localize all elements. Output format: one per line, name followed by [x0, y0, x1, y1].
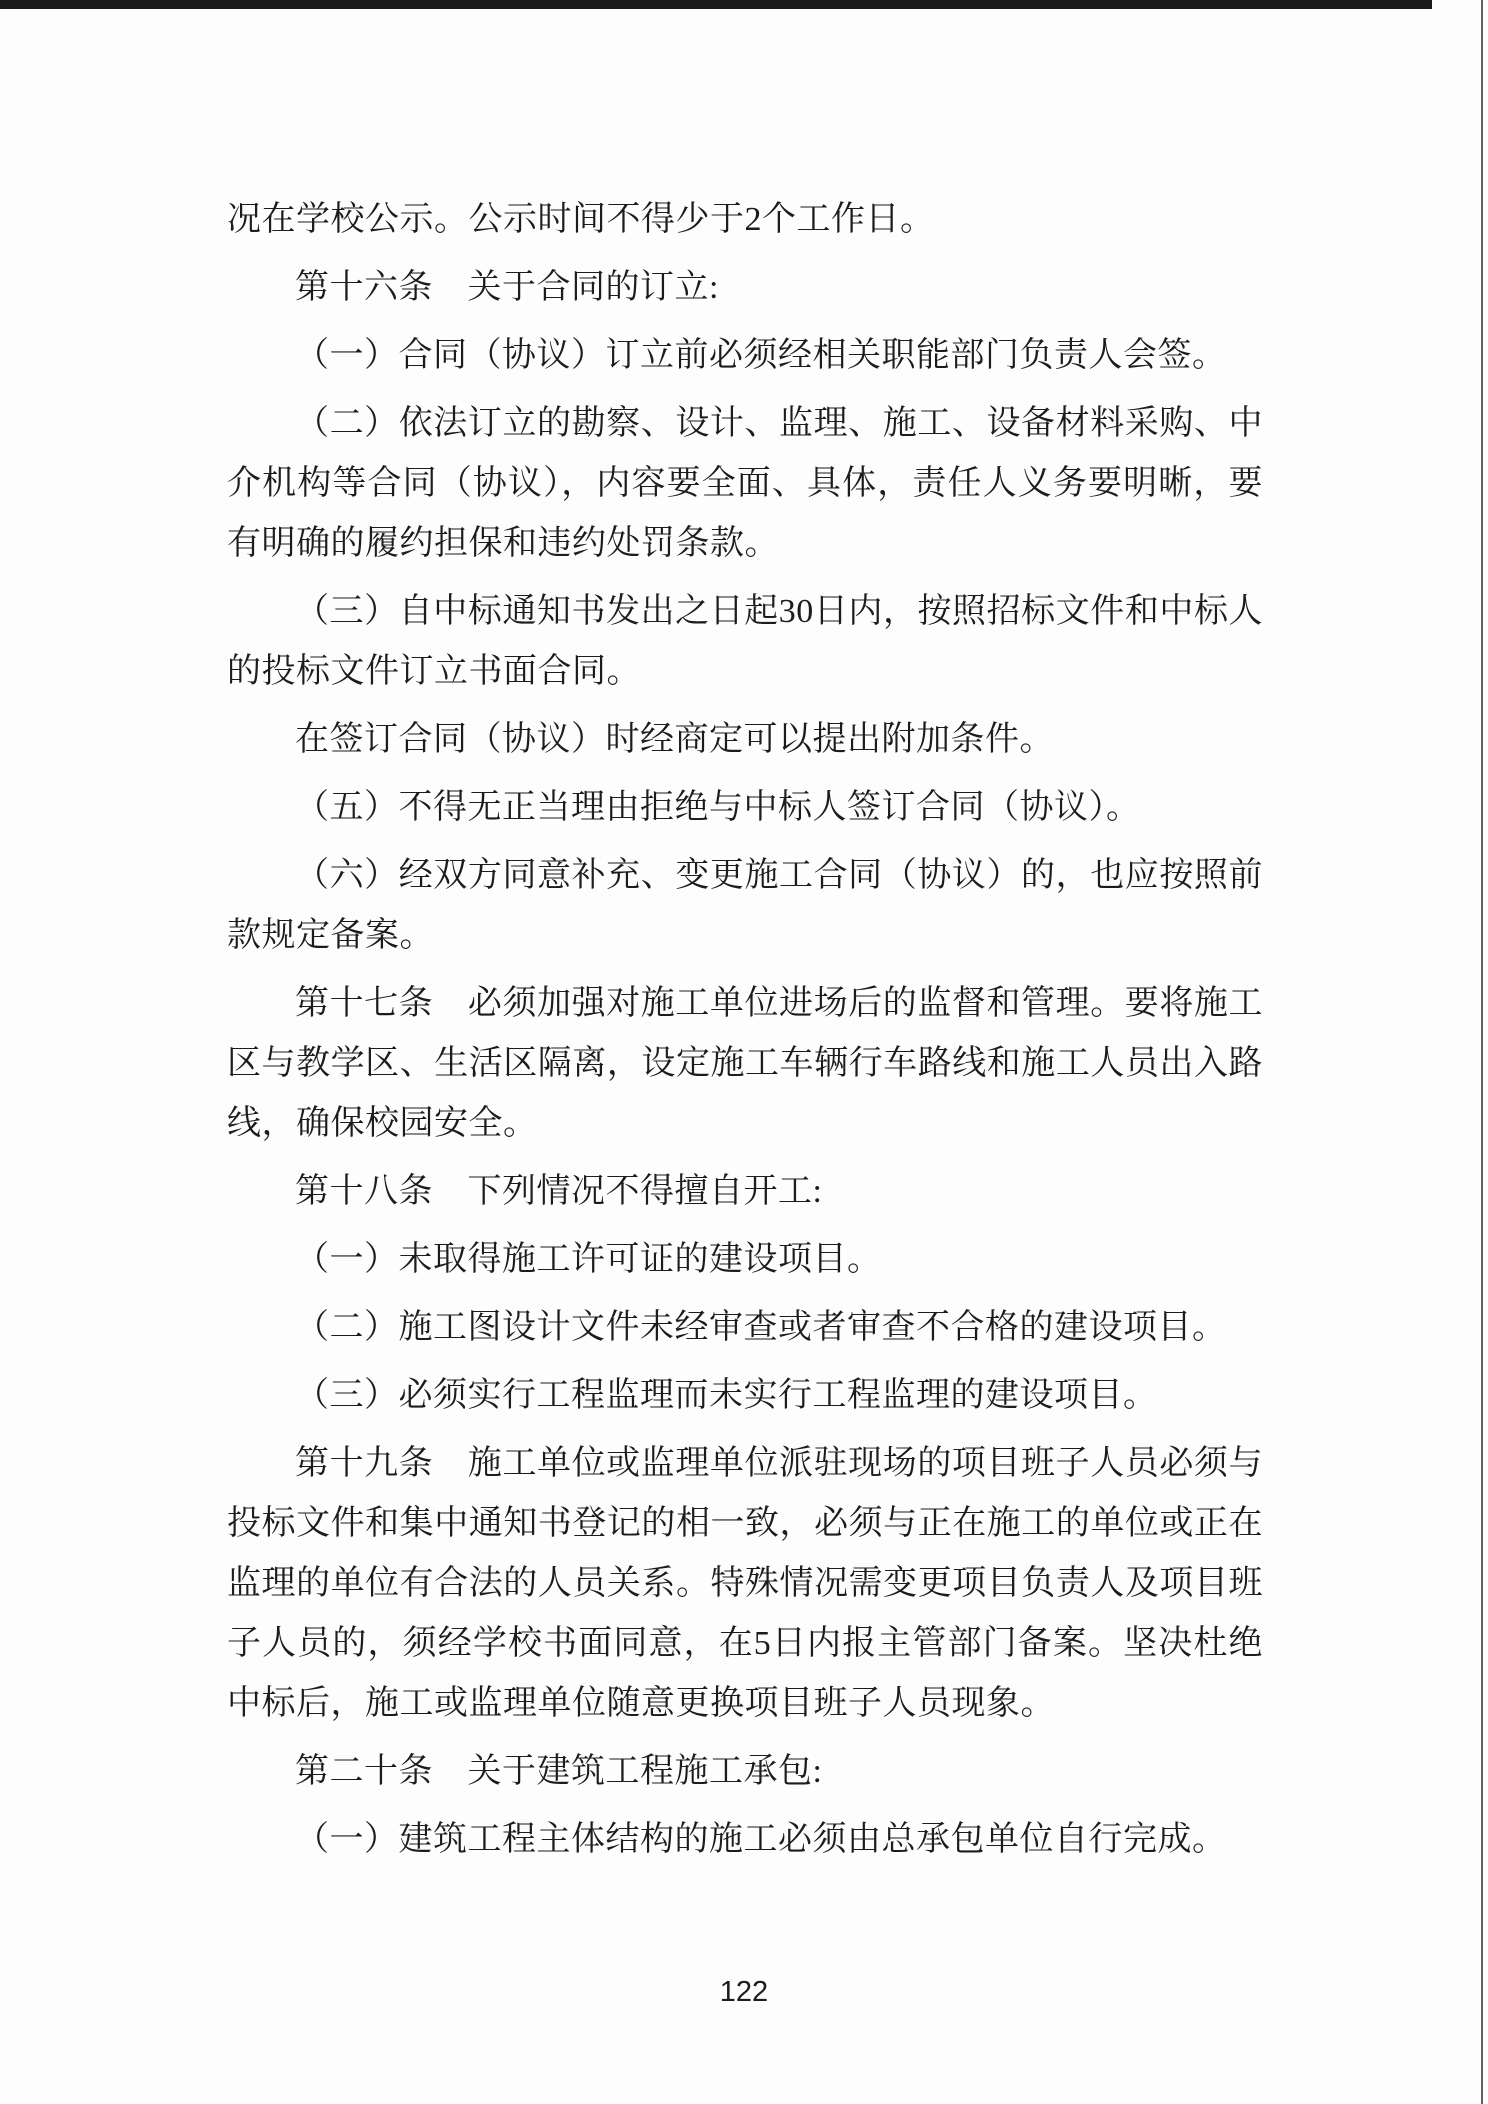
text-line: 子人员的，须经学校书面同意，在5日内报主管部门备案。坚决杜绝 [227, 1614, 1263, 1674]
text-line: 有明确的履约担保和违约处罚条款。 [227, 514, 1263, 574]
text-line: 第十八条 下列情况不得擅自开工: [227, 1162, 1263, 1222]
text-line: （六）经双方同意补充、变更施工合同（协议）的，也应按照前 [227, 846, 1263, 906]
paragraph: （三）自中标通知书发出之日起30日内，按照招标文件和中标人的投标文件订立书面合同… [227, 582, 1263, 702]
text-line: 投标文件和集中通知书登记的相一致，必须与正在施工的单位或正在 [227, 1494, 1263, 1554]
text-line: （三）自中标通知书发出之日起30日内，按照招标文件和中标人 [227, 582, 1263, 642]
text-line: 监理的单位有合法的人员关系。特殊情况需变更项目负责人及项目班 [227, 1554, 1263, 1614]
text-line: 款规定备案。 [227, 906, 1263, 966]
paragraph: 第十八条 下列情况不得擅自开工: [227, 1162, 1263, 1222]
paragraph: 第二十条 关于建筑工程施工承包: [227, 1742, 1263, 1802]
paragraph: 第十七条 必须加强对施工单位进场后的监督和管理。要将施工区与教学区、生活区隔离，… [227, 974, 1263, 1154]
paragraph: （三）必须实行工程监理而未实行工程监理的建设项目。 [227, 1366, 1263, 1426]
text-line: 况在学校公示。公示时间不得少于2个工作日。 [227, 190, 1263, 250]
paragraph: （二）依法订立的勘察、设计、监理、施工、设备材料采购、中介机构等合同（协议），内… [227, 394, 1263, 574]
paragraph: （二）施工图设计文件未经审查或者审查不合格的建设项目。 [227, 1298, 1263, 1358]
text-line: （一）合同（协议）订立前必须经相关职能部门负责人会签。 [227, 326, 1263, 386]
text-line: （五）不得无正当理由拒绝与中标人签订合同（协议）。 [227, 778, 1263, 838]
text-line: 中标后，施工或监理单位随意更换项目班子人员现象。 [227, 1674, 1263, 1734]
text-line: 线，确保校园安全。 [227, 1094, 1263, 1154]
text-line: 第十七条 必须加强对施工单位进场后的监督和管理。要将施工 [227, 974, 1263, 1034]
text-line: （三）必须实行工程监理而未实行工程监理的建设项目。 [227, 1366, 1263, 1426]
scan-artifact-top-bar [0, 0, 1432, 9]
paragraph: 第十六条 关于合同的订立: [227, 258, 1263, 318]
text-line: 第十九条 施工单位或监理单位派驻现场的项目班子人员必须与 [227, 1434, 1263, 1494]
paragraph: 第十九条 施工单位或监理单位派驻现场的项目班子人员必须与投标文件和集中通知书登记… [227, 1434, 1263, 1734]
document-body: 况在学校公示。公示时间不得少于2个工作日。第十六条 关于合同的订立:（一）合同（… [227, 190, 1263, 1870]
text-line: 区与教学区、生活区隔离，设定施工车辆行车路线和施工人员出入路 [227, 1034, 1263, 1094]
text-line: 在签订合同（协议）时经商定可以提出附加条件。 [227, 710, 1263, 770]
text-line: （二）依法订立的勘察、设计、监理、施工、设备材料采购、中 [227, 394, 1263, 454]
text-line: 介机构等合同（协议），内容要全面、具体，责任人义务要明晰，要 [227, 454, 1263, 514]
paragraph: （五）不得无正当理由拒绝与中标人签订合同（协议）。 [227, 778, 1263, 838]
paragraph: （六）经双方同意补充、变更施工合同（协议）的，也应按照前款规定备案。 [227, 846, 1263, 966]
text-line: 的投标文件订立书面合同。 [227, 642, 1263, 702]
text-line: （一）建筑工程主体结构的施工必须由总承包单位自行完成。 [227, 1810, 1263, 1870]
text-line: （二）施工图设计文件未经审查或者审查不合格的建设项目。 [227, 1298, 1263, 1358]
scan-artifact-right-edge-line [1481, 0, 1483, 2104]
paragraph: 在签订合同（协议）时经商定可以提出附加条件。 [227, 710, 1263, 770]
page-number: 122 [0, 1976, 1488, 2009]
paragraph: （一）未取得施工许可证的建设项目。 [227, 1230, 1263, 1290]
paragraph: （一）建筑工程主体结构的施工必须由总承包单位自行完成。 [227, 1810, 1263, 1870]
text-line: 第二十条 关于建筑工程施工承包: [227, 1742, 1263, 1802]
text-line: 第十六条 关于合同的订立: [227, 258, 1263, 318]
paragraph: 况在学校公示。公示时间不得少于2个工作日。 [227, 190, 1263, 250]
paragraph: （一）合同（协议）订立前必须经相关职能部门负责人会签。 [227, 326, 1263, 386]
text-line: （一）未取得施工许可证的建设项目。 [227, 1230, 1263, 1290]
